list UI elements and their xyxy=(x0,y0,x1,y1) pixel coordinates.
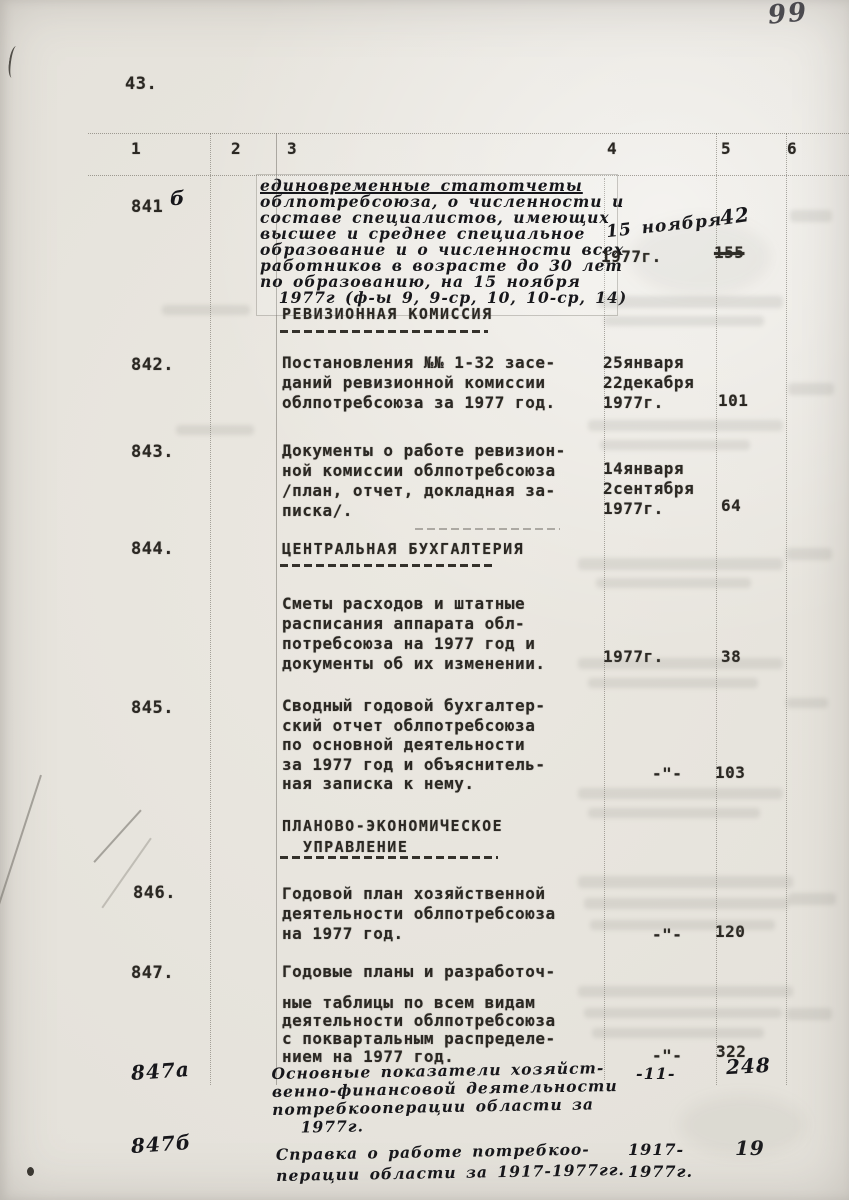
entry-845-description-line: за 1977 год и объяснитель- xyxy=(282,755,545,775)
scanned-document-page: 99 43. 1 2 3 4 5 6 841 б единовременные … xyxy=(0,0,849,1200)
entry-845-description-line: ная записка к нему. xyxy=(282,774,545,794)
section-title-line: ПЛАНОВО-ЭКОНОМИЧЕСКОЕ xyxy=(282,816,503,837)
bleed-through-smudge xyxy=(596,578,751,588)
bleed-through-smudge xyxy=(578,788,783,799)
column-rule-5-6 xyxy=(786,133,787,1085)
entry-843-description: Документы о работе ревизион- ной комисси… xyxy=(282,441,566,521)
entry-847-description: Годовые планы и разработоч- xyxy=(282,962,556,982)
entry-845-count: 103 xyxy=(715,763,745,783)
entry-847b-date-line: 1917- xyxy=(628,1139,693,1161)
entry-843-date-line: 1977г. xyxy=(603,499,694,519)
entry-845-description-line: по основной деятельности xyxy=(282,735,545,755)
entry-846-description-line: на 1977 год. xyxy=(282,924,556,944)
entry-847a-date-ditto: -11- xyxy=(636,1066,676,1082)
entry-844-description-line: потребсоюза на 1977 год и xyxy=(282,634,545,654)
sheet-number-text: 43. xyxy=(125,74,157,94)
entry-844-description: Сметы расходов и штатные расписания аппа… xyxy=(282,594,545,674)
bleed-through-smudge xyxy=(600,440,750,450)
entry-844-number: 844. xyxy=(131,539,174,559)
entry-842-number: 842. xyxy=(131,355,174,375)
entry-847-description-line: ные таблицы по всем видам xyxy=(282,994,556,1012)
entry-847-description-continued: ные таблицы по всем видам деятельности о… xyxy=(282,994,556,1066)
entry-845-description: Сводный годовой бухгалтер- ский отчет об… xyxy=(282,696,545,794)
entry-843-date-line: 2сентября xyxy=(603,479,694,499)
bleed-through-smudge xyxy=(590,920,775,930)
section-title-text: ЦЕНТРАЛЬНАЯ БУХГАЛТЕРИЯ xyxy=(282,539,524,559)
entry-845-date-ditto: -"- xyxy=(652,764,682,784)
ink-dot-artifact xyxy=(27,1167,34,1176)
column-rule-1-2 xyxy=(210,133,211,1085)
bleed-through-dash xyxy=(415,528,560,530)
entry-847-date-text: -"- xyxy=(652,1046,682,1066)
entry-844-number-text: 844. xyxy=(131,539,174,559)
entry-847b-description: Справка о работе потребкоо- перации обла… xyxy=(276,1138,625,1186)
bleed-through-smudge xyxy=(786,548,832,560)
entry-846-number: 846. xyxy=(133,883,176,903)
bleed-through-smudge xyxy=(598,296,783,308)
bleed-through-smudge xyxy=(176,425,254,435)
bleed-through-smudge xyxy=(578,986,793,997)
column-header-4: 4 xyxy=(607,139,617,159)
entry-841b-description: единовременные статотчеты облпотребсоюза… xyxy=(260,178,627,306)
column-header-5-text: 5 xyxy=(721,139,731,159)
entry-842-description-line: даний ревизионной комиссии xyxy=(282,373,556,393)
entry-846-description-line: Годовой план хозяйственной xyxy=(282,884,556,904)
entry-847-number-text: 847. xyxy=(131,963,174,983)
bleed-through-smudge xyxy=(584,1008,782,1018)
entry-845-description-line: ский отчет облпотребсоюза xyxy=(282,716,545,736)
entry-847a-description-line: 1977г. xyxy=(272,1113,618,1137)
column-header-4-text: 4 xyxy=(607,139,617,159)
bleed-through-smudge xyxy=(588,420,783,431)
pencil-scratch xyxy=(0,775,41,918)
entry-846-description-line: деятельности облпотребсоюза xyxy=(282,904,556,924)
entry-847-description-line: деятельности облпотребсоюза xyxy=(282,1012,556,1030)
entry-843-date-line: 14января xyxy=(603,459,694,479)
entry-847b-number: 847б xyxy=(131,1134,192,1154)
entry-842-description: Постановления №№ 1-32 засе- даний ревизи… xyxy=(282,353,556,413)
bleed-through-smudge xyxy=(578,658,783,669)
entry-847-description-line: с поквартальным распределе- xyxy=(282,1030,556,1048)
entry-841b-suffix-text: б xyxy=(170,190,185,206)
section-title-text: РЕВИЗИОННАЯ КОМИССИЯ xyxy=(282,304,493,324)
section-title-central-accounting: ЦЕНТРАЛЬНАЯ БУХГАЛТЕРИЯ xyxy=(282,539,524,559)
bleed-through-smudge xyxy=(790,210,832,222)
entry-842-date-line: 1977г. xyxy=(603,393,694,413)
bleed-through-smudge xyxy=(584,898,789,909)
entry-847a-number: 847а xyxy=(131,1061,191,1081)
bleed-through-smudge xyxy=(592,1028,764,1038)
entry-843-description-line: писка/. xyxy=(282,501,566,521)
entry-844-description-line: Сметы расходов и штатные xyxy=(282,594,545,614)
column-header-2-text: 2 xyxy=(231,139,241,159)
entry-844-description-line: документы об их изменении. xyxy=(282,654,545,674)
entry-842-description-line: облпотребсоюза за 1977 год. xyxy=(282,393,556,413)
bleed-through-smudge xyxy=(788,383,834,395)
column-header-3: 3 xyxy=(287,139,297,159)
entry-846-description: Годовой план хозяйственной деятельности … xyxy=(282,884,556,944)
entry-841b-number-text: 841 xyxy=(131,197,163,217)
bleed-through-smudge xyxy=(786,1008,832,1020)
entry-843-description-line: ной комиссии облпотребсоюза xyxy=(282,461,566,481)
column-header-1: 1 xyxy=(131,139,141,159)
entry-843-number-text: 843. xyxy=(131,442,174,462)
entry-847a-date-text: -11- xyxy=(636,1066,676,1082)
entry-843-number: 843. xyxy=(131,442,174,462)
section-underline-planning xyxy=(280,856,498,859)
column-header-2: 2 xyxy=(231,139,241,159)
entry-842-date-line: 25января xyxy=(603,353,694,373)
entry-841b-number-suffix: б xyxy=(170,190,185,206)
entry-842-dates: 25января 22декабря 1977г. xyxy=(603,353,694,413)
entry-842-description-line: Постановления №№ 1-32 засе- xyxy=(282,353,556,373)
bleed-through-smudge xyxy=(588,808,760,818)
section-title-line: УПРАВЛЕНИЕ xyxy=(282,837,503,858)
entry-847-number: 847. xyxy=(131,963,174,983)
entry-843-count: 64 xyxy=(721,496,741,516)
entry-847a-description: Основные показатели хозяйст- венно-финан… xyxy=(271,1059,618,1137)
sheet-number: 43. xyxy=(125,74,157,94)
section-underline-accounting xyxy=(280,564,494,567)
paper-stain xyxy=(680,1095,805,1155)
column-header-5: 5 xyxy=(721,139,731,159)
entry-843-description-line: Документы о работе ревизион- xyxy=(282,441,566,461)
entry-843-dates: 14января 2сентября 1977г. xyxy=(603,459,694,519)
entry-843-description-line: /план, отчет, докладная за- xyxy=(282,481,566,501)
entry-845-description-line: Сводный годовой бухгалтер- xyxy=(282,696,545,716)
folio-number-text: 99 xyxy=(767,4,808,23)
ink-squiggle-artifact xyxy=(7,45,21,78)
entry-845-number: 845. xyxy=(131,698,174,718)
entry-842-count-text: 101 xyxy=(718,391,748,411)
entry-844-description-line: расписания аппарата обл- xyxy=(282,614,545,634)
bleed-through-smudge xyxy=(578,558,783,570)
entry-843-count-text: 64 xyxy=(721,496,741,516)
section-underline-revision xyxy=(280,330,488,333)
entry-845-number-text: 845. xyxy=(131,698,174,718)
section-title-revision-commission: РЕВИЗИОННАЯ КОМИССИЯ xyxy=(282,304,493,324)
bleed-through-smudge xyxy=(604,316,764,326)
bleed-through-smudge xyxy=(162,305,250,315)
entry-845-count-text: 103 xyxy=(715,763,745,783)
entry-842-number-text: 842. xyxy=(131,355,174,375)
entry-842-count: 101 xyxy=(718,391,748,411)
entry-847b-number-text: 847б xyxy=(131,1134,192,1154)
entry-847-description-line: Годовые планы и разработоч- xyxy=(282,962,556,982)
folio-number-handwritten: 99 xyxy=(767,4,808,23)
column-header-6: 6 xyxy=(787,139,797,159)
section-title-planning-economic: ПЛАНОВО-ЭКОНОМИЧЕСКОЕ УПРАВЛЕНИЕ xyxy=(282,816,503,858)
entry-847a-count-text: 248 xyxy=(726,1057,772,1075)
entry-841b-number: 841 xyxy=(131,197,163,217)
entry-846-number-text: 846. xyxy=(133,883,176,903)
column-header-1-text: 1 xyxy=(131,139,141,159)
bleed-through-smudge xyxy=(578,876,793,888)
entry-847b-date-line: 1977г. xyxy=(628,1161,693,1183)
paper-stain xyxy=(630,220,770,295)
bleed-through-smudge xyxy=(588,678,758,688)
table-rule-top xyxy=(88,133,849,134)
column-header-3-text: 3 xyxy=(287,139,297,159)
bleed-through-smudge xyxy=(786,698,828,708)
entry-847a-count: 248 xyxy=(726,1057,772,1075)
bleed-through-smudge xyxy=(788,893,836,905)
entry-845-date-text: -"- xyxy=(652,764,682,784)
entry-847-date-ditto: -"- xyxy=(652,1046,682,1066)
entry-847b-dates: 1917- 1977г. xyxy=(628,1139,693,1183)
entry-847a-number-text: 847а xyxy=(131,1061,191,1081)
column-header-6-text: 6 xyxy=(787,139,797,159)
entry-842-date-line: 22декабря xyxy=(603,373,694,393)
pencil-scratch xyxy=(93,809,141,862)
